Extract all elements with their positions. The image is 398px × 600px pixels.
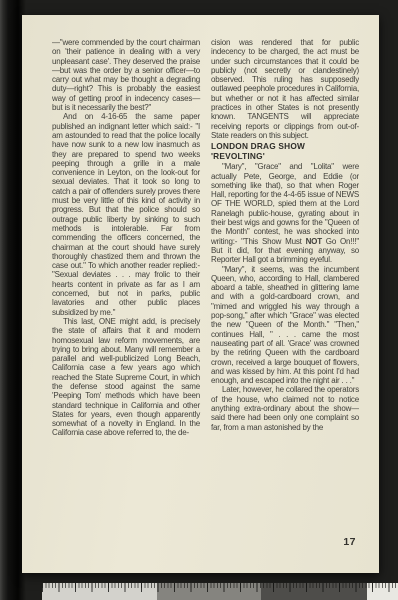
paragraph-ruling: cision was rendered that for public inde… — [211, 38, 359, 140]
drag-show-text: "Mary", "Grace" and "Lolita" were actual… — [211, 162, 359, 245]
section-heading-line2: 'REVOLTING' — [211, 151, 359, 161]
section-heading-line1: LONDON DRAG SHOW — [211, 141, 359, 151]
right-column: cision was rendered that for public inde… — [211, 38, 359, 552]
page-number: 17 — [343, 536, 356, 548]
paragraph-drag-show-1: "Mary", "Grace" and "Lolita" were actual… — [211, 162, 359, 264]
photo-background: —"were commended by the court chairman o… — [0, 0, 398, 600]
paragraph-indignant-letter: And on 4-16-65 the same paper published … — [52, 112, 200, 317]
section-heading: LONDON DRAG SHOW 'REVOLTING' — [211, 141, 359, 161]
photo-scale-ruler — [42, 583, 398, 600]
drag-show-bold-word: NOT — [306, 237, 322, 246]
ruler-major-ticks — [42, 583, 398, 592]
paragraph-one-commentary: This last, ONE might add, is precisely t… — [52, 317, 200, 438]
text-columns: —"were commended by the court chairman o… — [52, 38, 359, 552]
paragraph-court-commendation: —"were commended by the court chairman o… — [52, 38, 200, 112]
paragraph-drag-show-3: Later, however, he collared the operator… — [211, 385, 359, 431]
left-column: —"were commended by the court chairman o… — [52, 38, 200, 552]
magazine-page: —"were commended by the court chairman o… — [22, 15, 379, 573]
paragraph-drag-show-2: "Mary", it seems, was the incumbent Quee… — [211, 265, 359, 386]
